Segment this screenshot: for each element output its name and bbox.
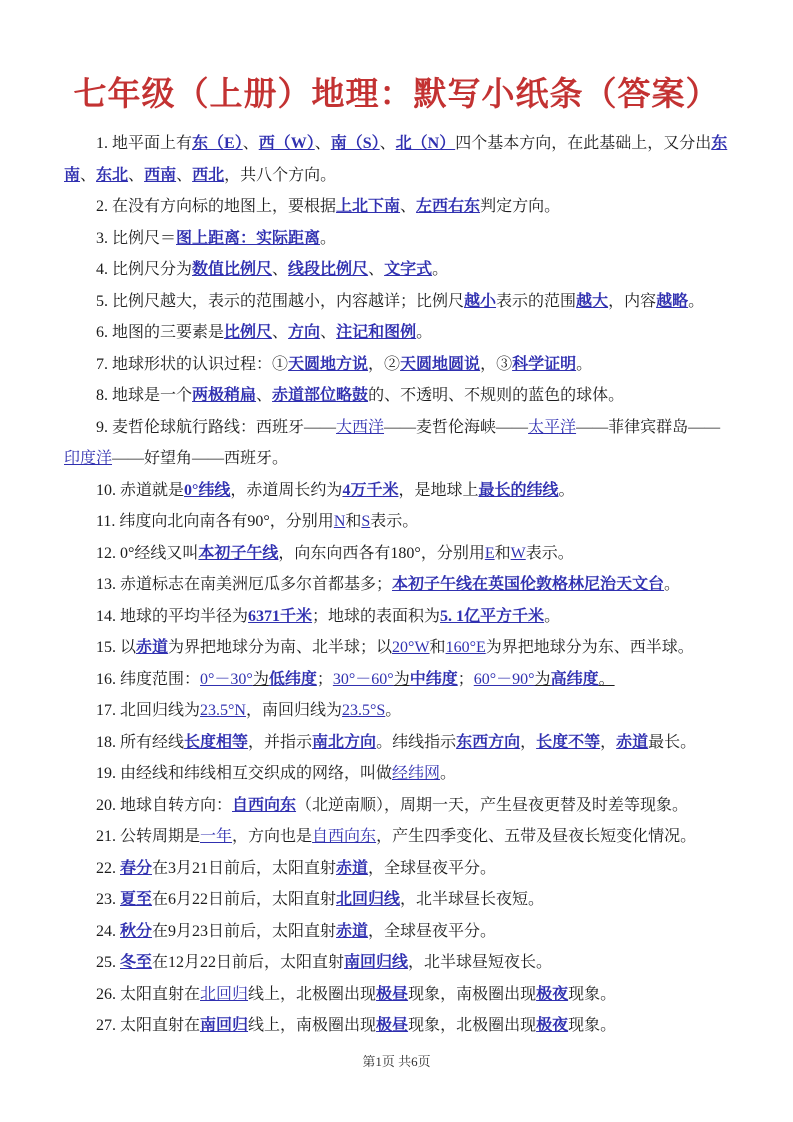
text-run: ，②	[368, 356, 400, 373]
answer-term: 西北	[192, 167, 224, 184]
answer-term: 东西方向	[456, 734, 520, 751]
text-run: 17. 北回归线为	[96, 702, 200, 719]
answer-term: 冬至	[120, 954, 152, 971]
answer-term: 极昼	[376, 1017, 408, 1034]
answer-term: 春分	[120, 860, 152, 877]
text-run: ——菲律宾群岛——	[576, 419, 720, 436]
answer-term: 6371千米	[248, 608, 312, 625]
text-run: 24.	[96, 923, 120, 940]
answer-term: 23.5°N	[200, 702, 246, 719]
list-item: 14. 地球的平均半径为6371千米；地球的表面积为5. 1亿平方千米。	[64, 601, 733, 633]
text-run: 表示的范围	[496, 293, 576, 310]
text-run: 9. 麦哲伦球航行路线：西班牙——	[96, 419, 336, 436]
text-run: 线上，北极圈出现	[248, 986, 376, 1003]
text-run: 12. 0°经线又叫	[96, 545, 198, 562]
answer-term: 天圆地方说	[288, 356, 368, 373]
answer-term: 为	[253, 671, 269, 688]
answer-term: 两极稍扁	[192, 387, 256, 404]
text-run: 。	[320, 230, 336, 247]
page-number-footer: 第1页 共6页	[0, 1051, 793, 1070]
list-item: 19. 由经线和纬线相互交织成的网络，叫做经纬网。	[64, 758, 733, 790]
text-run: 、	[315, 135, 331, 152]
answer-term: 天圆地圆说	[400, 356, 480, 373]
list-item: 26. 太阳直射在北回归线上，北极圈出现极昼现象，南极圈出现极夜现象。	[64, 979, 733, 1011]
text-run: 和	[495, 545, 511, 562]
text-run: 表示。	[526, 545, 574, 562]
list-item: 4. 比例尺分为数值比例尺、线段比例尺、文字式。	[64, 254, 733, 286]
answer-term: 赤道	[616, 734, 648, 751]
list-item: 16. 纬度范围：0°－30°为低纬度；30°－60°为中纬度；60°－90°为…	[64, 664, 733, 696]
answer-term: 左西右东	[416, 198, 480, 215]
text-run: 。	[385, 702, 401, 719]
text-run: ——好望角——西班牙。	[112, 450, 288, 467]
text-run: 现象，北极圈出现	[408, 1017, 536, 1034]
text-run: 四个基本方向，在此基础上，又分出	[455, 135, 711, 152]
text-run: 5. 比例尺越大，表示的范围越小，内容越详；比例尺	[96, 293, 464, 310]
answer-term: 最长的纬线	[478, 482, 558, 499]
list-item: 3. 比例尺＝图上距离：实际距离。	[64, 223, 733, 255]
list-item: 18. 所有经线长度相等，并指示南北方向。纬线指示东西方向，长度不等，赤道最长。	[64, 727, 733, 759]
answer-term: 图上距离：实际距离	[176, 230, 320, 247]
answer-term: 中纬度	[410, 671, 458, 688]
text-run: 1. 地平面上有	[96, 135, 192, 152]
list-item: 11. 纬度向北向南各有90°，分别用N和S表示。	[64, 506, 733, 538]
answer-term: 北（N）	[396, 135, 456, 152]
answer-term: 东北	[96, 167, 128, 184]
text-run: 现象，南极圈出现	[408, 986, 536, 1003]
answer-term: 线段比例尺	[288, 261, 368, 278]
text-run: 4. 比例尺分为	[96, 261, 192, 278]
answer-term: 南（S）	[331, 135, 380, 152]
text-run: ，向东向西各有180°，分别用	[278, 545, 484, 562]
answer-term: 越大	[576, 293, 608, 310]
text-run: 11. 纬度向北向南各有90°，分别用	[96, 513, 334, 530]
answer-term: 南回归线	[344, 954, 408, 971]
answer-term: 20°W	[392, 639, 430, 656]
list-item: 20. 地球自转方向：自西向东（北逆南顺），周期一天，产生昼夜更替及时差等现象。	[64, 790, 733, 822]
answer-term: 0°－30°	[200, 671, 253, 688]
text-run: ，并指示	[248, 734, 312, 751]
answer-term: 为	[394, 671, 410, 688]
answer-term: 5. 1亿平方千米	[440, 608, 544, 625]
text-run: 26. 太阳直射在	[96, 986, 200, 1003]
text-run: 14. 地球的平均半径为	[96, 608, 248, 625]
answer-term: W	[511, 545, 526, 562]
answer-term: 60°－90°	[474, 671, 535, 688]
text-run: 、	[256, 387, 272, 404]
answer-term: E	[485, 545, 495, 562]
text-run: ，赤道周长约为	[230, 482, 342, 499]
text-run: 、	[320, 324, 336, 341]
answer-term: 长度相等	[184, 734, 248, 751]
answer-term: 比例尺	[224, 324, 272, 341]
text-run: 25.	[96, 954, 120, 971]
text-run: 27. 太阳直射在	[96, 1017, 200, 1034]
text-run: 在3月21日前后，太阳直射	[152, 860, 336, 877]
answer-term: 4万千米	[342, 482, 398, 499]
answer-term: 极夜	[536, 986, 568, 1003]
page-title: 七年级（上册）地理：默写小纸条（答案）	[0, 0, 793, 115]
answer-term: 本初子午线	[198, 545, 278, 562]
list-item: 13. 赤道标志在南美洲厄瓜多尔首都基多；本初子午线在英国伦敦格林尼治天文台。	[64, 569, 733, 601]
answer-term: 东（E）	[192, 135, 243, 152]
answer-term: 北回归线	[336, 891, 400, 908]
answer-term: 160°E	[446, 639, 486, 656]
text-run: 8. 地球是一个	[96, 387, 192, 404]
text-run: 、	[176, 167, 192, 184]
answer-term: 经纬网	[392, 765, 440, 782]
text-run: ，③	[480, 356, 512, 373]
text-run: 3. 比例尺＝	[96, 230, 176, 247]
text-run: ；	[317, 671, 333, 688]
answer-term: 赤道	[336, 923, 368, 940]
text-run: 、	[272, 324, 288, 341]
answer-term: 赤道部位略鼓	[272, 387, 368, 404]
text-run: ；	[458, 671, 474, 688]
text-run: ，	[520, 734, 536, 751]
text-run: 、	[380, 135, 396, 152]
answer-term: 赤道	[136, 639, 168, 656]
text-run: ，全球昼夜平分。	[368, 923, 496, 940]
text-run: 、	[368, 261, 384, 278]
text-run: 最长。	[648, 734, 696, 751]
answer-term: 低纬度	[269, 671, 317, 688]
answer-term: 文字式	[384, 261, 432, 278]
answer-term: 科学证明	[512, 356, 576, 373]
list-item: 23. 夏至在6月22日前后，太阳直射北回归线，北半球昼长夜短。	[64, 884, 733, 916]
text-run: 。	[440, 765, 456, 782]
answer-term: 西（W）	[259, 135, 315, 152]
text-run: 、	[400, 198, 416, 215]
answer-term: 南北方向	[312, 734, 376, 751]
text-run: 20. 地球自转方向：	[96, 797, 232, 814]
text-run: 为界把地球分为东、西半球。	[486, 639, 694, 656]
answer-term: 高纬度	[551, 671, 599, 688]
answer-term: 为	[535, 671, 551, 688]
text-run: ，全球昼夜平分。	[368, 860, 496, 877]
list-item: 8. 地球是一个两极稍扁、赤道部位略鼓的、不透明、不规则的蓝色的球体。	[64, 380, 733, 412]
text-run: ，共八个方向。	[224, 167, 336, 184]
text-run: ——麦哲伦海峡——	[384, 419, 528, 436]
answer-term: 赤道	[336, 860, 368, 877]
text-run: 16. 纬度范围：	[96, 671, 200, 688]
list-item: 22. 春分在3月21日前后，太阳直射赤道，全球昼夜平分。	[64, 853, 733, 885]
text-run: 。	[558, 482, 574, 499]
answer-term: 一年	[200, 828, 232, 845]
text-run: 21. 公转周期是	[96, 828, 200, 845]
answer-term: 数值比例尺	[192, 261, 272, 278]
text-run: 、	[80, 167, 96, 184]
text-run: 、	[272, 261, 288, 278]
text-run: 现象。	[568, 986, 616, 1003]
document-page: 七年级（上册）地理：默写小纸条（答案） 1. 地平面上有东（E）、西（W）、南（…	[0, 0, 793, 1122]
text-run: 。	[688, 293, 704, 310]
list-item: 2. 在没有方向标的地图上，要根据上北下南、左西右东判定方向。	[64, 191, 733, 223]
answer-term: 极昼	[376, 986, 408, 1003]
text-run: 7. 地球形状的认识过程：①	[96, 356, 288, 373]
answer-term: 自西向东	[232, 797, 296, 814]
answer-term: 夏至	[120, 891, 152, 908]
text-run: 23.	[96, 891, 120, 908]
list-item: 15. 以赤道为界把地球分为南、北半球；以20°W和160°E为界把地球分为东、…	[64, 632, 733, 664]
text-run: 、	[128, 167, 144, 184]
text-run: 在9月23日前后，太阳直射	[152, 923, 336, 940]
answer-term: 越略	[656, 293, 688, 310]
text-run: 为界把地球分为南、北半球；以	[168, 639, 392, 656]
text-run: ，南回归线为	[246, 702, 342, 719]
text-run: 和	[345, 513, 361, 530]
answer-term: 越小	[464, 293, 496, 310]
text-run: 。纬线指示	[376, 734, 456, 751]
answer-term: 本初子午线在英国伦敦格林尼治天文台	[392, 576, 664, 593]
text-run: 线上，南极圈出现	[248, 1017, 376, 1034]
text-run: 2. 在没有方向标的地图上，要根据	[96, 198, 336, 215]
answer-term: 方向	[288, 324, 320, 341]
text-run: 。	[432, 261, 448, 278]
text-run: ，产生四季变化、五带及昼夜长短变化情况。	[376, 828, 696, 845]
study-list: 1. 地平面上有东（E）、西（W）、南（S）、北（N）四个基本方向，在此基础上，…	[0, 115, 793, 1042]
answer-term: 上北下南	[336, 198, 400, 215]
text-run: 13. 赤道标志在南美洲厄瓜多尔首都基多；	[96, 576, 392, 593]
answer-term: 长度不等	[536, 734, 600, 751]
text-run: ，北半球昼短夜长。	[408, 954, 552, 971]
text-run: 的、不透明、不规则的蓝色的球体。	[368, 387, 624, 404]
answer-term: 南回归	[200, 1017, 248, 1034]
answer-term: 太平洋	[528, 419, 576, 436]
text-run: 。	[544, 608, 560, 625]
text-run: 。	[664, 576, 680, 593]
answer-term: N	[334, 513, 346, 530]
text-run: 18. 所有经线	[96, 734, 184, 751]
list-item: 5. 比例尺越大，表示的范围越小，内容越详；比例尺越小表示的范围越大，内容越略。	[64, 286, 733, 318]
list-item: 1. 地平面上有东（E）、西（W）、南（S）、北（N）四个基本方向，在此基础上，…	[64, 128, 733, 191]
answer-term: 北回归	[200, 986, 248, 1003]
text-run: ，	[600, 734, 616, 751]
answer-term: 。	[599, 671, 615, 688]
text-run: ，方向也是	[232, 828, 312, 845]
text-run: 在6月22日前后，太阳直射	[152, 891, 336, 908]
list-item: 27. 太阳直射在南回归线上，南极圈出现极昼现象，北极圈出现极夜现象。	[64, 1010, 733, 1042]
answer-term: S	[361, 513, 370, 530]
text-run: ，内容	[608, 293, 656, 310]
text-run: 表示。	[370, 513, 418, 530]
text-run: 19. 由经线和纬线相互交织成的网络，叫做	[96, 765, 392, 782]
text-run: 和	[430, 639, 446, 656]
answer-term: 印度洋	[64, 450, 112, 467]
list-item: 21. 公转周期是一年，方向也是自西向东，产生四季变化、五带及昼夜长短变化情况。	[64, 821, 733, 853]
list-item: 12. 0°经线又叫本初子午线，向东向西各有180°，分别用E和W表示。	[64, 538, 733, 570]
list-item: 7. 地球形状的认识过程：①天圆地方说，②天圆地圆说，③科学证明。	[64, 349, 733, 381]
text-run: ，是地球上	[398, 482, 478, 499]
text-run: ；地球的表面积为	[312, 608, 440, 625]
list-item: 6. 地图的三要素是比例尺、方向、注记和图例。	[64, 317, 733, 349]
answer-term: 西南	[144, 167, 176, 184]
text-run: （北逆南顺），周期一天，产生昼夜更替及时差等现象。	[296, 797, 688, 814]
text-run: 。	[576, 356, 592, 373]
text-run: 判定方向。	[480, 198, 560, 215]
answer-term: 秋分	[120, 923, 152, 940]
list-item: 10. 赤道就是0°纬线，赤道周长约为4万千米，是地球上最长的纬线。	[64, 475, 733, 507]
text-run: 10. 赤道就是	[96, 482, 184, 499]
answer-term: 自西向东	[312, 828, 376, 845]
text-run: 6. 地图的三要素是	[96, 324, 224, 341]
answer-term: 大西洋	[336, 419, 384, 436]
text-run: ，北半球昼长夜短。	[400, 891, 544, 908]
answer-term: 注记和图例	[336, 324, 416, 341]
list-item: 17. 北回归线为23.5°N，南回归线为23.5°S。	[64, 695, 733, 727]
text-run: 15. 以	[96, 639, 136, 656]
text-run: 22.	[96, 860, 120, 877]
answer-term: 23.5°S	[342, 702, 385, 719]
list-item: 24. 秋分在9月23日前后，太阳直射赤道，全球昼夜平分。	[64, 916, 733, 948]
answer-term: 0°纬线	[184, 482, 230, 499]
list-item: 25. 冬至在12月22日前后，太阳直射南回归线，北半球昼短夜长。	[64, 947, 733, 979]
text-run: 。	[416, 324, 432, 341]
list-item: 9. 麦哲伦球航行路线：西班牙——大西洋——麦哲伦海峡——太平洋——菲律宾群岛—…	[64, 412, 733, 475]
text-run: 在12月22日前后，太阳直射	[152, 954, 344, 971]
answer-term: 极夜	[536, 1017, 568, 1034]
answer-term: 30°－60°	[333, 671, 394, 688]
text-run: 、	[243, 135, 259, 152]
text-run: 现象。	[568, 1017, 616, 1034]
